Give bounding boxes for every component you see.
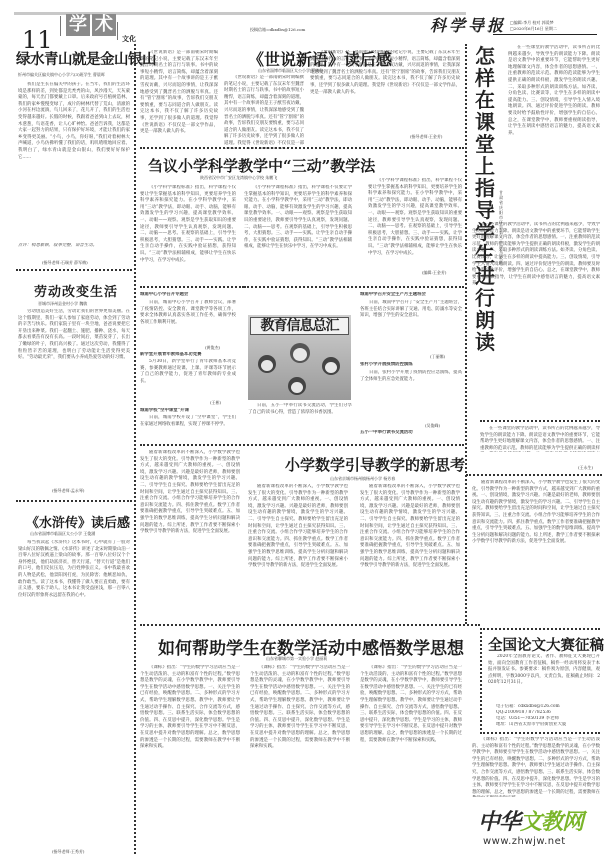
article-body-zenyang-col3: 在一些课堂的教学活动中，读书所占的比例越来越少，导致学生的朗读能力下降。朗读是语… — [480, 426, 600, 452]
section-divider — [16, 269, 132, 271]
news-body-5: 日前，张村小学开展了疫情防控应急演练，提高了全体师生的应急处置能力。 — [360, 370, 462, 420]
section-divider — [140, 624, 480, 626]
article-body-sixiang-col2: 《课标》指出：“学生的数学学习活动应当是一个生动活泼的、主动的和富有个性的过程。… — [250, 665, 350, 853]
subsection-label: 文化 — [122, 34, 136, 44]
news-source-2: (王彬) — [210, 400, 221, 406]
article-body-shishuo-col1: 《世说新语》是一部南朝宋时期编撰的笔记小说，主要记载了东汉末年至魏晋时期名士的言… — [140, 50, 218, 150]
edition-meta: □编辑:李月 校对 郭爱梦 □2020年6月16日 星期二 — [510, 20, 557, 32]
article-credit-lvshui: (指导老师:石瑞芳 薛军梅) — [42, 260, 88, 266]
news-source-5: (吴俊峰) — [425, 423, 440, 429]
news-body-image-caption: 日前，五小一中举行读书交流活动，学生们分享了自己的读书心得，营造了浓厚的书香氛围… — [248, 403, 352, 443]
watermark-logo: 中华文教网 — [478, 805, 583, 836]
watermark-url: www.zhwjw.net — [483, 836, 566, 847]
article-body-lvshui: 我们是生长在偏关中的孩子。在当年，我们的生活环境是那样的差，到处都是光秃秃的山，… — [18, 82, 130, 240]
contest-body: 2020年全国教育论文、著作、教师征文大赛现已开始，面向全国教育工作者征稿，稿件… — [488, 654, 600, 702]
cartoon-face — [325, 362, 337, 373]
masthead-rule — [493, 34, 597, 35]
section-label-char-1: 学 — [66, 14, 90, 36]
article-body-zenyang-col2: 在一些课堂的教学活动中，读书所占的比例越来越少，导致学生的朗读能力下降。朗读是语… — [472, 222, 600, 382]
news-source-4: (丁丽娜) — [430, 354, 445, 360]
article-body-sixiang-col3: 《课标》指出：“学生的数学学习活动应当是一个生动活泼的、主动的和富有个性的过程。… — [360, 665, 462, 853]
header-divider — [117, 22, 118, 40]
article-body-shuihu: 每当我读起《水浒传》这本书时，心中就有了一股对梁山好汉的敬佩之情。《水浒传》讲述… — [18, 540, 130, 848]
header-divider — [60, 16, 61, 36]
article-credit-sandong: (编辑:王金芳) — [422, 270, 446, 276]
article-body-zenyang-col1: 在一些课堂的教学活动中，读书所占的比例越来越少，导致学生的朗读能力下降。朗读是语… — [508, 45, 600, 221]
masthead-logo: 科学导报 — [430, 13, 506, 36]
news-headline-5: 张村小学开展疫情防控演练 — [360, 362, 462, 370]
news-body-2: 5月30日，新学堂举行了青年教师基本功竞赛，参赛教师通过说课、上课、评课等环节展… — [140, 359, 236, 399]
article-title-xinsikao: 小学数学引导教学的新思考 — [285, 454, 465, 475]
section-divider — [140, 286, 244, 288]
article-byline-laodong: 晋城市泽州县金村小学 魏敏 — [38, 301, 87, 307]
section-divider — [140, 444, 464, 446]
article-body-xinsikao-col4: 随着新课程改革的不断深入，小学数学教学也发生了很大的变化。引导教学作为一种新型的… — [472, 480, 600, 580]
article-title-laodong: 劳动改变生活 — [34, 281, 118, 300]
contest-title: 全国论文大赛征稿 — [488, 634, 604, 655]
watermark-text-1: 中华 — [478, 810, 520, 835]
article-body-sixiang-col4: 《课标》指出：“学生的数学学习活动应当是一个生动活泼的、主动的和富有个性的过程。… — [472, 737, 600, 797]
news-headline-6: 五小一中举行读书交流活动 — [360, 430, 462, 438]
article-body-xinsikao-col1: 随着新课程改革的不断深入，小学数学教学也发生了很大的变化。引导教学作为一种新型的… — [140, 450, 240, 622]
contest-box-border — [480, 732, 600, 734]
news-source-1: (黄俊杰) — [205, 345, 220, 351]
section-divider — [466, 474, 602, 476]
column-divider — [465, 44, 467, 624]
article-body-xinsikao-col3: 随着新课程改革的不断深入，小学数学教学也发生了很大的变化。引导教学作为一种新型的… — [360, 484, 460, 622]
contact-email[interactable]: 投稿信箱:cdkxdbs@126.com — [250, 27, 305, 33]
watermark-text-2: 文教网 — [520, 810, 583, 835]
article-body-sandong-col2: 《小学科学课程标准》指出，科学课程不仅要让学生掌握基本的科学知识，更要培养学生的… — [244, 185, 352, 283]
article-credit-zenyang: (王永生) — [578, 465, 593, 471]
article-body-shishuo-col2: 《世说新语》是一部南朝宋时期编撰的笔记小说，主要记载了东汉末年至魏晋时期名士的言… — [224, 75, 304, 149]
section-divider — [480, 420, 600, 422]
date-line: □2020年6月16日 星期二 — [510, 26, 557, 32]
contest-address: 地址：山西省太原市学府街创业大厦 — [496, 722, 600, 728]
article-title-shuihu: 《水浒传》读后感 — [26, 512, 130, 531]
section-label-char-2: 术 — [92, 14, 116, 36]
article-byline-lvshui: 忻州市偏关区偏关镇中心小学六(3)班学生 曹晨晖 — [18, 72, 105, 78]
section-divider — [16, 500, 132, 502]
article-body-laodong: 劳动创造美好生活，劳动让我们的世界更加美丽。在这个假期里，我们一家人参加了家庭劳… — [18, 309, 130, 479]
article-body-sixiang-col1: 《课标》指出：“学生的数学学习活动应当是一个生动活泼的、主动的和富有个性的过程。… — [140, 665, 240, 853]
column-divider — [134, 44, 136, 854]
news-body-3: 日前，城南学校开设了“空中课堂”，学生们在家通过网络收看课程，实现了停课不停学。 — [140, 415, 236, 435]
section-divider — [140, 147, 464, 149]
news-roundup-illustration: 教育信息总汇 — [248, 315, 351, 400]
article-body-sandong-col1: 《小学科学课程标准》指出，科学课程不仅要让学生掌握基本的科学知识，更要培养学生的… — [140, 185, 236, 283]
article-body-shishuo-col3: 《世说新语》是一部南朝宋时期编撰的笔记小说，主要记载了东汉末年至魏晋时期名士的言… — [310, 50, 460, 130]
cartoon-face — [293, 348, 307, 361]
news-body-1: 日前，城南中心小学召开了教师会议，部署了疫情防控、安全教育、课堂教学等各项工作，… — [140, 300, 236, 344]
article-note-lvshui: 点评：构思新颖，叙事完整，语言生动。 — [18, 243, 130, 256]
article-byline-sandong: 陕西省汉中市广安区龙湾镇中心学校 朱鹏飞 — [200, 175, 277, 181]
article-credit-shuihu: (指导老师:王秀芳) — [52, 849, 84, 855]
contest-box-border — [480, 628, 482, 730]
article-byline-shuihu: 山东省淄博市临淄区太公小学 王俊涵 — [30, 531, 95, 537]
article-credit-shishuo: (指导老师:王金芳) — [410, 134, 442, 140]
article-body-sandong-col3: 《小学科学课程标准》指出，科学课程不仅要让学生掌握基本的科学知识，更要培养学生的… — [368, 178, 462, 268]
article-body-xinsikao-col2: 随着新课程改革的不断深入，小学数学教学也发生了很大的变化。引导教学作为一种新型的… — [248, 484, 348, 622]
news-headline-4: 城南中学召开安全生产月主题班会 — [360, 292, 462, 300]
section-divider — [244, 286, 464, 288]
article-title-sandong: 刍议小学科学教学中“三动”教学法 — [148, 155, 375, 176]
news-roundup-title: 教育信息总汇 — [250, 317, 349, 335]
article-credit-laodong: (指导老师:孟永琴) — [52, 488, 84, 494]
cartoon-face — [261, 360, 273, 371]
article-byline-sixiang: 山东省聊城市第一实验小学 赵丽莉 — [266, 656, 327, 662]
contest-box-border — [480, 628, 600, 630]
cartoon-face — [291, 382, 303, 393]
news-body-4: 日前，城南中学召开了“安全生产月”主题班会，各班主任结合实际讲解了交通、用电、防… — [360, 300, 462, 352]
article-byline-xinsikao: 山东省京城市杨州镇杨州小学 杨芳春 — [330, 476, 395, 482]
